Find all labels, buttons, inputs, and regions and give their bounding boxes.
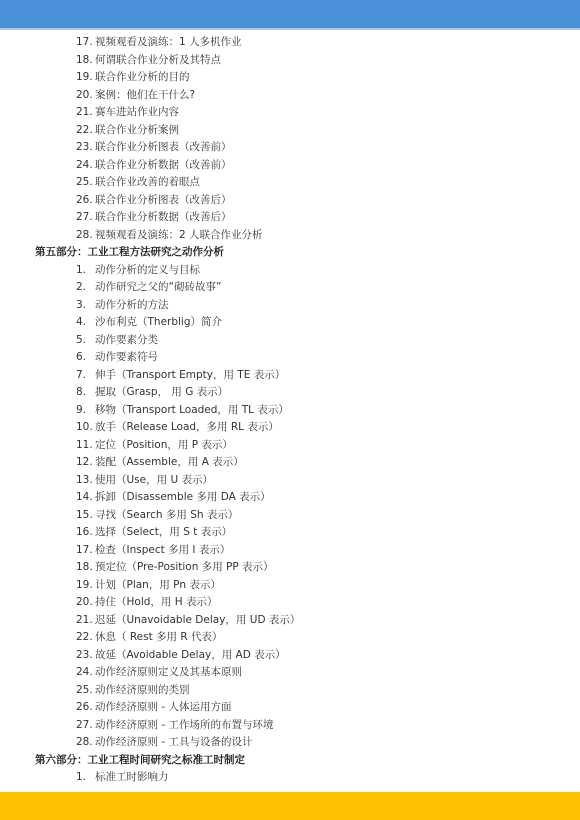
- item-number: 18.: [76, 52, 95, 70]
- item-text: 动作分析的定义与目标: [95, 262, 200, 280]
- toc-item: 24.动作经济原则定义及其基本原则: [0, 664, 580, 682]
- toc-item: 6.动作要素符号: [0, 349, 580, 367]
- toc-item: 3.动作分析的方法: [0, 297, 580, 315]
- toc-item: 27.联合作业分析数据（改善后）: [0, 209, 580, 227]
- item-number: 7.: [76, 367, 95, 385]
- item-text: 视频观看及演练：2 人联合作业分析: [95, 227, 263, 245]
- item-text: 案例：他们在干什么?: [95, 87, 195, 105]
- item-number: 5.: [76, 332, 95, 350]
- toc-item: 14.拆卸（Disassemble 多用 DA 表示）: [0, 489, 580, 507]
- item-number: 24.: [76, 664, 95, 682]
- item-number: 19.: [76, 69, 95, 87]
- item-number: 26.: [76, 192, 95, 210]
- toc-item: 7.伸手（Transport Empty，用 TE 表示）: [0, 367, 580, 385]
- item-number: 28.: [76, 227, 95, 245]
- item-number: 25.: [76, 174, 95, 192]
- item-number: 20.: [76, 87, 95, 105]
- item-text: 握取（Grasp， 用 G 表示）: [95, 384, 228, 402]
- item-text: 沙布利克（Therblig）简介: [95, 314, 222, 332]
- item-number: 25.: [76, 682, 95, 700]
- item-text: 动作分析的方法: [95, 297, 169, 315]
- item-text: 动作要素分类: [95, 332, 158, 350]
- item-number: 17.: [76, 542, 95, 560]
- item-text: 动作经济原则定义及其基本原则: [95, 664, 242, 682]
- toc-item: 15.寻找（Search 多用 Sh 表示）: [0, 507, 580, 525]
- toc-item: 25.联合作业改善的着眼点: [0, 174, 580, 192]
- item-text: 迟延（Unavoidable Delay，用 UD 表示）: [95, 612, 300, 630]
- toc-item: 17.视频观看及演练：1 人多机作业: [0, 34, 580, 52]
- item-number: 24.: [76, 157, 95, 175]
- item-text: 视频观看及演练：1 人多机作业: [95, 34, 242, 52]
- toc-item: 5.动作要素分类: [0, 332, 580, 350]
- toc-item: 11.定位（Position，用 P 表示）: [0, 437, 580, 455]
- toc-item: 28.动作经济原则 - 工具与设备的设计: [0, 734, 580, 752]
- toc-item: 21.赛车进站作业内容: [0, 104, 580, 122]
- item-number: 2.: [76, 279, 95, 297]
- item-text: 计划（Plan，用 Pn 表示）: [95, 577, 221, 595]
- toc-item: 22.联合作业分析案例: [0, 122, 580, 140]
- item-number: 21.: [76, 104, 95, 122]
- item-number: 10.: [76, 419, 95, 437]
- item-text: 移物（Transport Loaded，用 TL 表示）: [95, 402, 289, 420]
- item-number: 14.: [76, 489, 95, 507]
- item-text: 装配（Assemble，用 A 表示）: [95, 454, 244, 472]
- item-number: 9.: [76, 402, 95, 420]
- toc-item: 13.使用（Use，用 U 表示）: [0, 472, 580, 490]
- toc-item: 9.移物（Transport Loaded，用 TL 表示）: [0, 402, 580, 420]
- item-text: 动作经济原则 - 人体运用方面: [95, 699, 231, 717]
- toc-item: 2.动作研究之父的“砌砖故事”: [0, 279, 580, 297]
- item-number: 26.: [76, 699, 95, 717]
- item-number: 28.: [76, 734, 95, 752]
- item-number: 13.: [76, 472, 95, 490]
- item-number: 15.: [76, 507, 95, 525]
- item-text: 定位（Position，用 P 表示）: [95, 437, 233, 455]
- item-text: 联合作业分析的目的: [95, 69, 190, 87]
- item-number: 16.: [76, 524, 95, 542]
- toc-item: 16.选择（Select，用 S t 表示）: [0, 524, 580, 542]
- item-number: 6.: [76, 349, 95, 367]
- toc-item: 20.案例：他们在干什么?: [0, 87, 580, 105]
- item-text: 赛车进站作业内容: [95, 104, 179, 122]
- toc-item: 28.视频观看及演练：2 人联合作业分析: [0, 227, 580, 245]
- item-text: 选择（Select，用 S t 表示）: [95, 524, 232, 542]
- item-text: 动作经济原则的类别: [95, 682, 190, 700]
- toc-item: 18.何谓联合作业分析及其特点: [0, 52, 580, 70]
- toc-item: 10.放手（Release Load，多用 RL 表示）: [0, 419, 580, 437]
- toc-item: 18.预定位（Pre-Position 多用 PP 表示）: [0, 559, 580, 577]
- toc-item: 25.动作经济原则的类别: [0, 682, 580, 700]
- item-number: 22.: [76, 122, 95, 140]
- item-number: 11.: [76, 437, 95, 455]
- toc-item: 19.计划（Plan，用 Pn 表示）: [0, 577, 580, 595]
- item-text: 伸手（Transport Empty，用 TE 表示）: [95, 367, 285, 385]
- item-text: 动作经济原则 - 工具与设备的设计: [95, 734, 252, 752]
- footer-band: [0, 792, 580, 820]
- toc-item: 26.动作经济原则 - 人体运用方面: [0, 699, 580, 717]
- toc-item: 26.联合作业分析图表（改善后）: [0, 192, 580, 210]
- section-heading-5: 第五部分：工业工程方法研究之动作分析: [0, 244, 580, 262]
- item-number: 4.: [76, 314, 95, 332]
- item-number: 27.: [76, 717, 95, 735]
- toc-item: 4.沙布利克（Therblig）简介: [0, 314, 580, 332]
- item-number: 27.: [76, 209, 95, 227]
- item-text: 标准工时影响力: [95, 769, 169, 787]
- item-text: 休息（ Rest 多用 R 代表）: [95, 629, 223, 647]
- item-text: 何谓联合作业分析及其特点: [95, 52, 221, 70]
- toc-item: 21.迟延（Unavoidable Delay，用 UD 表示）: [0, 612, 580, 630]
- toc-item: 23.故延（Avoidable Delay，用 AD 表示）: [0, 647, 580, 665]
- item-number: 12.: [76, 454, 95, 472]
- item-number: 21.: [76, 612, 95, 630]
- item-number: 20.: [76, 594, 95, 612]
- item-number: 23.: [76, 139, 95, 157]
- toc-content: 17.视频观看及演练：1 人多机作业 18.何谓联合作业分析及其特点 19.联合…: [0, 34, 580, 787]
- toc-item: 24.联合作业分析数据（改善前）: [0, 157, 580, 175]
- item-number: 22.: [76, 629, 95, 647]
- item-number: 1.: [76, 262, 95, 280]
- section-heading-6: 第六部分：工业工程时间研究之标准工时制定: [0, 752, 580, 770]
- item-number: 18.: [76, 559, 95, 577]
- toc-item: 22.休息（ Rest 多用 R 代表）: [0, 629, 580, 647]
- section-title: 第五部分：工业工程方法研究之动作分析: [35, 244, 224, 262]
- toc-item: 27.动作经济原则 - 工作场所的布置与环境: [0, 717, 580, 735]
- item-text: 联合作业分析数据（改善前）: [95, 157, 232, 175]
- item-text: 拆卸（Disassemble 多用 DA 表示）: [95, 489, 271, 507]
- item-number: 17.: [76, 34, 95, 52]
- item-text: 寻找（Search 多用 Sh 表示）: [95, 507, 238, 525]
- toc-item: 17.检查（Inspect 多用 I 表示）: [0, 542, 580, 560]
- header-band: [0, 0, 580, 30]
- toc-item: 20.持住（Hold，用 H 表示）: [0, 594, 580, 612]
- item-text: 联合作业分析案例: [95, 122, 179, 140]
- item-text: 检查（Inspect 多用 I 表示）: [95, 542, 230, 560]
- toc-item: 19.联合作业分析的目的: [0, 69, 580, 87]
- item-text: 动作要素符号: [95, 349, 158, 367]
- item-text: 联合作业分析图表（改善前）: [95, 139, 232, 157]
- toc-item: 8.握取（Grasp， 用 G 表示）: [0, 384, 580, 402]
- toc-item: 23.联合作业分析图表（改善前）: [0, 139, 580, 157]
- item-text: 故延（Avoidable Delay，用 AD 表示）: [95, 647, 286, 665]
- item-text: 使用（Use，用 U 表示）: [95, 472, 213, 490]
- item-number: 19.: [76, 577, 95, 595]
- section-title: 第六部分：工业工程时间研究之标准工时制定: [35, 752, 245, 770]
- item-number: 3.: [76, 297, 95, 315]
- item-text: 联合作业分析图表（改善后）: [95, 192, 232, 210]
- toc-item: 12.装配（Assemble，用 A 表示）: [0, 454, 580, 472]
- item-text: 放手（Release Load，多用 RL 表示）: [95, 419, 279, 437]
- item-text: 联合作业分析数据（改善后）: [95, 209, 232, 227]
- item-number: 8.: [76, 384, 95, 402]
- toc-item: 1.动作分析的定义与目标: [0, 262, 580, 280]
- item-text: 持住（Hold，用 H 表示）: [95, 594, 217, 612]
- item-text: 预定位（Pre-Position 多用 PP 表示）: [95, 559, 274, 577]
- item-text: 动作研究之父的“砌砖故事”: [95, 279, 221, 297]
- item-text: 动作经济原则 - 工作场所的布置与环境: [95, 717, 273, 735]
- toc-item: 1.标准工时影响力: [0, 769, 580, 787]
- item-number: 1.: [76, 769, 95, 787]
- item-number: 23.: [76, 647, 95, 665]
- item-text: 联合作业改善的着眼点: [95, 174, 200, 192]
